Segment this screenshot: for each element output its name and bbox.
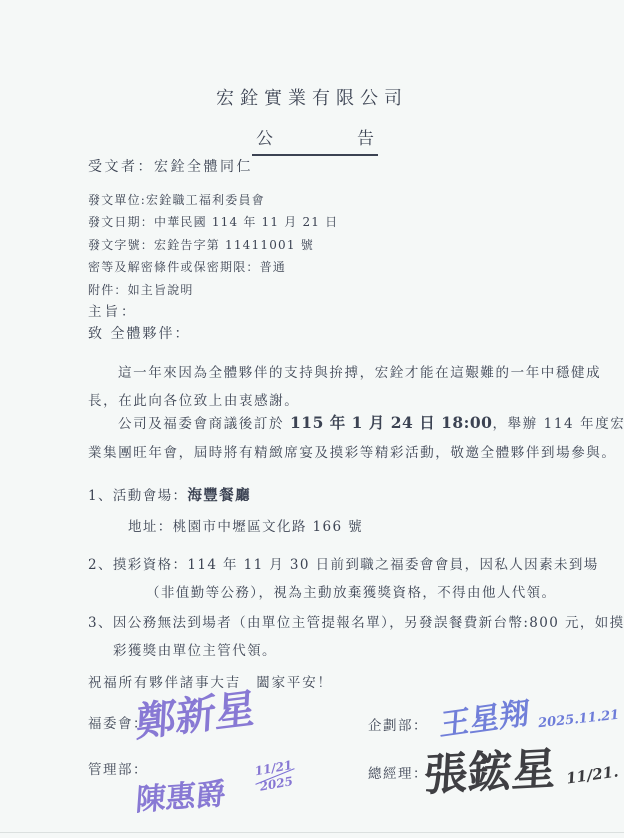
doc-title-char-right: 告 [357, 124, 374, 149]
event-datetime-highlight: 115 年 1 月 24 日 18:00 [290, 413, 492, 432]
item1-number: 1、 [88, 488, 113, 504]
paragraph2-line2: 業集團旺年會，屆時將有精緻席宴及摸彩等精彩活動，敬邀全體夥伴到場參與。 [88, 441, 617, 461]
company-name: 宏銓實業有限公司 [0, 84, 624, 110]
item2-line1-text: 摸彩資格：114 年 11 月 30 日前到職之福委會會員，因私人因素未到場 [113, 557, 599, 573]
doc-title-underlined: 公 告 [252, 124, 378, 156]
admin-dept-signature: 陳惠爵 [135, 769, 228, 820]
planning-dept-label: 企劃部： [368, 714, 428, 734]
meta-attachment: 附件：如主旨說明 [88, 279, 338, 301]
paragraph2-post: ，舉辦 114 年度宏銓實 [492, 416, 624, 432]
admin-date-denominator: 2025 [259, 774, 294, 794]
salutation-line: 致 全體夥伴： [88, 323, 190, 343]
item3-line2: 彩獲獎由單位主管代領。 [113, 639, 277, 659]
paragraph1-line2: 長，在此向各位致上由衷感謝。 [88, 389, 299, 409]
scan-page-edge [0, 832, 624, 833]
item3-line1-text: 因公務無法到場者（由單位主管提報名單），另發誤餐費新台幣:800 元，如摸 [113, 615, 624, 631]
item2-number: 2、 [88, 557, 113, 573]
meta-doc-number: 發文字號：宏銓告字第 11411001 號 [88, 234, 338, 256]
recipient-line: 受文者：宏銓全體同仁 [88, 156, 253, 176]
meta-issuing-unit: 發文單位:宏銓職工福利委員會 [88, 189, 338, 211]
item1-label: 活動會場： [113, 488, 188, 504]
list-item-2-eligibility: 2、摸彩資格：114 年 11 月 30 日前到職之福委會會員，因私人因素未到場 [88, 553, 599, 573]
planning-dept-signature-date: 2025.11.21 [537, 708, 620, 731]
scanned-announcement-document: 宏銓實業有限公司 公 告 受文者：宏銓全體同仁 發文單位:宏銓職工福利委員會 發… [0, 0, 624, 838]
paragraph2-pre: 公司及福委會商議後訂於 [118, 416, 290, 432]
venue-address: 地址：桃園市中壢區文化路 166 號 [128, 515, 363, 535]
paragraph2-line1: 公司及福委會商議後訂於 115 年 1 月 24 日 18:00，舉辦 114 … [118, 411, 624, 433]
document-meta-block: 發文單位:宏銓職工福利委員會 發文日期：中華民國 114 年 11 月 21 日… [88, 189, 338, 323]
meta-issue-date: 發文日期：中華民國 114 年 11 月 21 日 [88, 211, 338, 233]
list-item-3-absence: 3、因公務無法到場者（由單位主管提報名單），另發誤餐費新台幣:800 元，如摸 [88, 611, 624, 631]
item2-line2: （非值勤等公務），視為主動放棄獲獎資格，不得由他人代領。 [146, 581, 556, 601]
meta-security-level: 密等及解密條件或保密期限：普通 [88, 256, 338, 278]
general-manager-signature-date: 11/21. [565, 762, 619, 787]
admin-dept-signature-date: 11/21 2025 [252, 759, 298, 795]
doc-title-char-left: 公 [256, 124, 273, 149]
list-item-1-venue: 1、活動會場：海豐餐廳 [88, 484, 251, 505]
general-manager-signature: 張鋐星 [422, 732, 557, 803]
venue-name: 海豐餐廳 [187, 487, 251, 504]
general-manager-label: 總經理： [368, 762, 428, 782]
meta-subject: 主旨： [88, 301, 338, 323]
paragraph1-line1: 這一年來因為全體夥伴的支持與拚搏，宏銓才能在這艱難的一年中穩健成 [118, 361, 601, 381]
item3-number: 3、 [88, 615, 113, 631]
